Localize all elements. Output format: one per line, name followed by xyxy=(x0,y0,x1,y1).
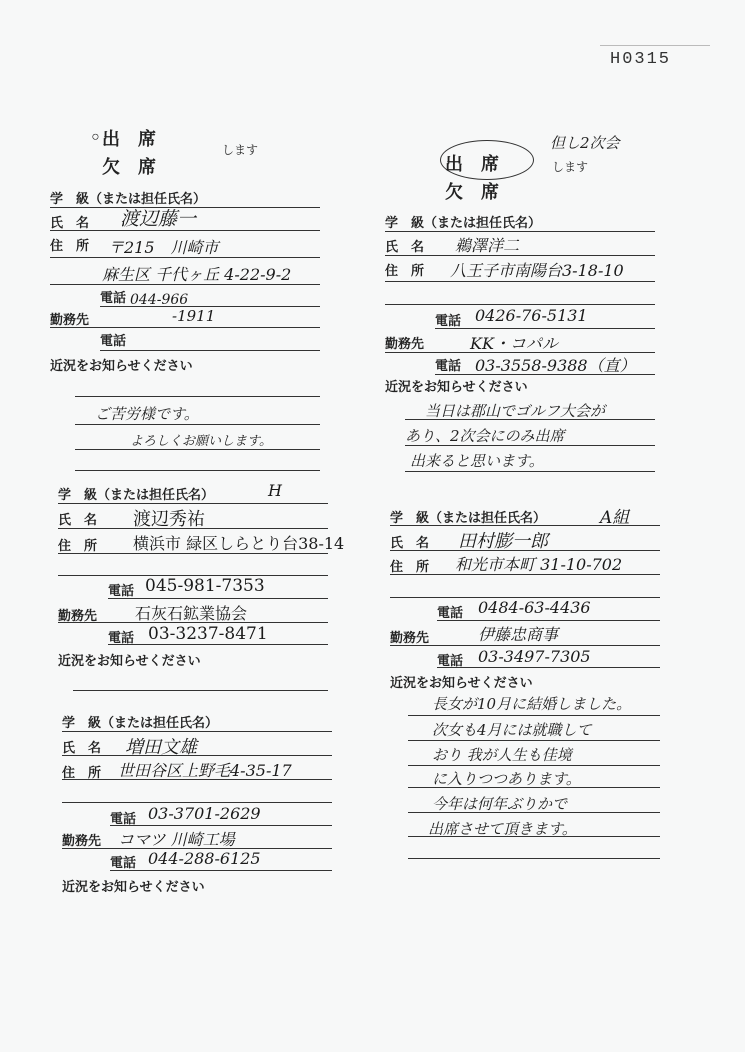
phone-value: 0484-63-4436 xyxy=(478,598,591,617)
address-line2: 麻生区 千代ヶ丘 4-22-9-2 xyxy=(102,262,291,285)
class-label: 学 級（または担任氏名） xyxy=(385,212,541,231)
name-value: 渡辺藤一 xyxy=(120,204,196,231)
news-label: 近況をお知らせください xyxy=(385,376,528,395)
news-line-3: おり 我が人生も佳境 xyxy=(432,744,572,765)
news-line-1: ご苦労様です。 xyxy=(95,403,199,424)
class-label: 学 級（または担任氏名） xyxy=(62,712,218,731)
name-label: 氏 名 xyxy=(385,236,424,255)
news-label: 近況をお知らせください xyxy=(62,876,205,895)
address-label: 住 所 xyxy=(58,535,97,554)
work-phone-value: 03-3237-8471 xyxy=(148,624,268,644)
class-label: 学 級（または担任氏名） xyxy=(58,484,214,503)
news-line-4: に入りつつあります。 xyxy=(432,768,581,789)
address-label: 住 所 xyxy=(385,260,424,279)
attend-option: 出 席 xyxy=(102,125,156,151)
workplace-value: コマツ 川崎工場 xyxy=(118,827,235,850)
workplace-value: 伊藤忠商事 xyxy=(478,622,558,645)
work-phone-label: 電話 xyxy=(100,330,126,349)
phone-label: 電話 xyxy=(435,310,461,329)
phone-value: 045-981-7353 xyxy=(145,576,265,596)
work-phone-value: 03-3497-7305 xyxy=(478,647,591,666)
phone-label: 電話 xyxy=(100,287,126,306)
name-label: 氏 名 xyxy=(62,737,101,756)
shimasu-label: します xyxy=(222,141,258,158)
news-line-5: 今年は何年ぶりかで xyxy=(432,793,567,814)
address-line1: 和光市本町 31-10-702 xyxy=(455,552,622,575)
workplace-label: 勤務先 xyxy=(50,309,89,328)
news-label: 近況をお知らせください xyxy=(50,355,193,374)
work-phone-value: 044-288-6125 xyxy=(148,849,261,868)
work-phone-label: 電話 xyxy=(110,852,136,871)
news-line-2: 次女も4月には就職して xyxy=(432,719,592,740)
address-label: 住 所 xyxy=(390,556,429,575)
address-label: 住 所 xyxy=(50,235,89,254)
attendance-note: 但し2次会 xyxy=(550,132,620,153)
name-label: 氏 名 xyxy=(50,212,89,231)
workplace-label: 勤務先 xyxy=(385,333,424,352)
news-line-1: 長女が10月に結婚しました。 xyxy=(432,693,631,714)
class-value: H xyxy=(268,481,282,500)
phone-label: 電話 xyxy=(108,580,134,599)
name-label: 氏 名 xyxy=(58,509,97,528)
news-line-2: あり、2次会にのみ出席 xyxy=(405,425,565,446)
news-label: 近況をお知らせください xyxy=(58,650,201,669)
top-rule xyxy=(600,45,710,46)
news-line-2: よろしくお願いします。 xyxy=(130,430,272,449)
work-phone-label: 電話 xyxy=(435,355,461,374)
document-id: H0315 xyxy=(610,50,671,69)
address-line1: 横浜市 緑区しらとり台38-14 xyxy=(133,531,344,554)
absent-option: 欠 席 xyxy=(102,153,156,179)
work-phone-value: 03-3558-9388（直） xyxy=(475,353,636,376)
phone-label: 電話 xyxy=(437,602,463,621)
class-label: 学 級（または担任氏名） xyxy=(390,507,546,526)
attend-option: 出 席 xyxy=(445,150,499,176)
workplace-value: KK・コパル xyxy=(470,331,558,354)
name-value: 鵜澤洋二 xyxy=(455,233,519,256)
news-line-3: 出来ると思います。 xyxy=(410,450,544,471)
name-label: 氏 名 xyxy=(390,532,429,551)
workplace-value: -1911 xyxy=(172,307,215,325)
news-line-1: 当日は郡山でゴルフ大会が xyxy=(425,400,605,421)
phone-value: 03-3701-2629 xyxy=(148,804,261,823)
address-line1: 世田谷区上野毛4-35-17 xyxy=(118,758,292,781)
shimasu-label: します xyxy=(552,158,588,175)
bullet-mark: ◦ xyxy=(90,128,101,148)
phone-value: 0426-76-5131 xyxy=(475,306,588,325)
address-line1: 〒215 川崎市 xyxy=(108,235,219,258)
workplace-label: 勤務先 xyxy=(390,627,429,646)
absent-option: 欠 席 xyxy=(445,178,499,204)
workplace-value: 石灰石鉱業協会 xyxy=(135,601,247,624)
workplace-label: 勤務先 xyxy=(62,830,101,849)
address-line1: 八王子市南陽台3-18-10 xyxy=(450,258,624,281)
news-label: 近況をお知らせください xyxy=(390,672,533,691)
